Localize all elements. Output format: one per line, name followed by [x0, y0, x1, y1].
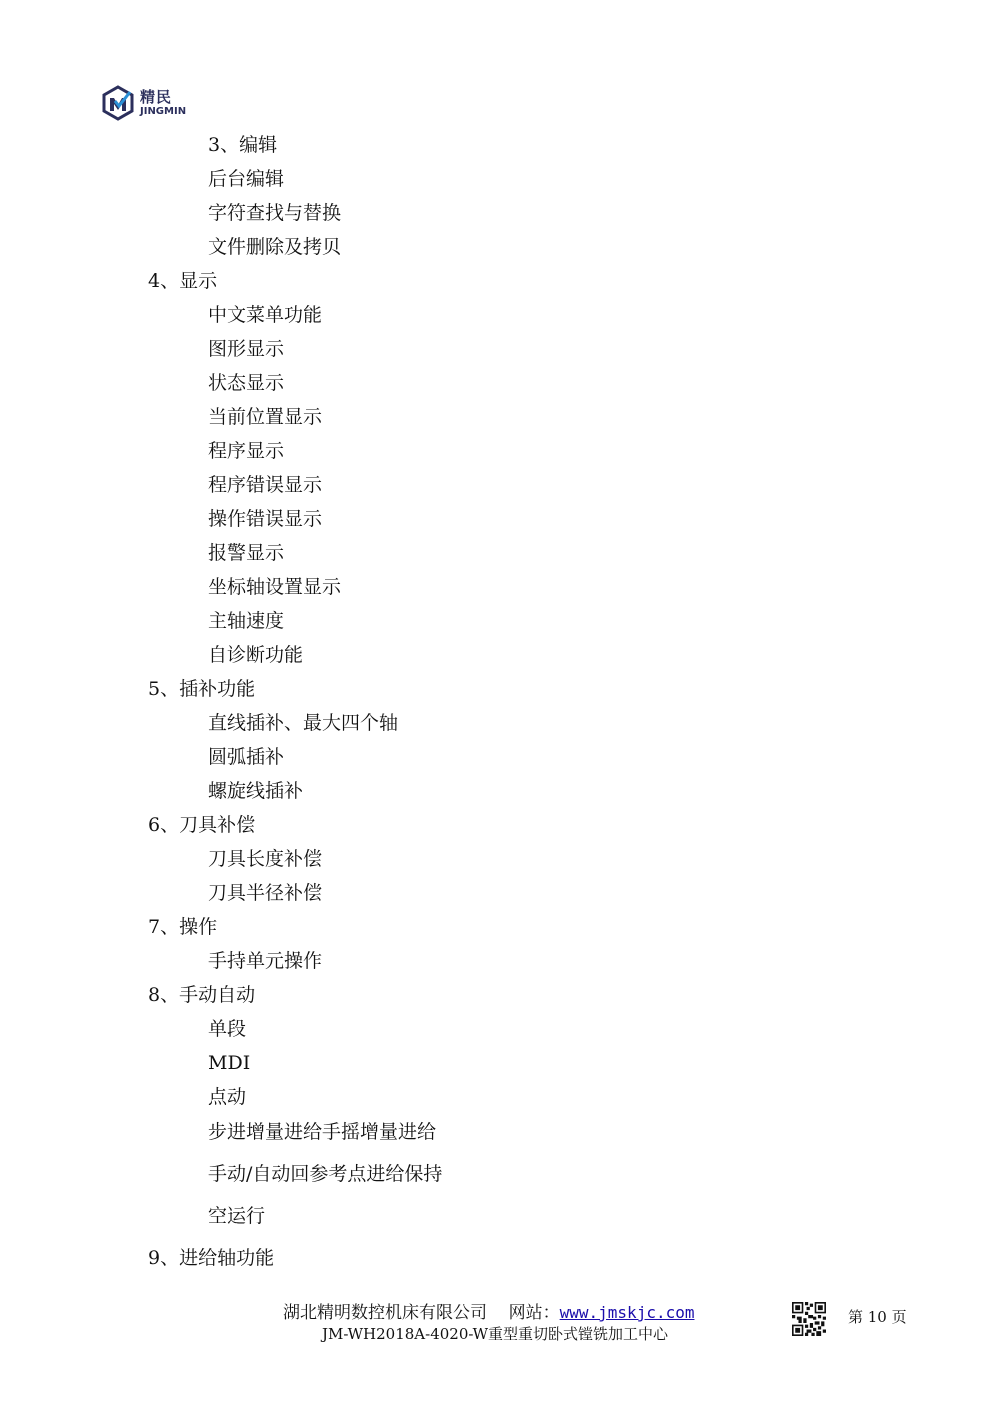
logo-english-name: JINGMIN: [140, 107, 186, 117]
list-subitem: 程序错误显示: [208, 473, 322, 497]
list-section-heading: 7、操作: [148, 915, 217, 939]
logo-chinese-name: 精民: [140, 90, 186, 105]
list-subitem: 操作错误显示: [208, 507, 322, 531]
list-subitem: 手持单元操作: [208, 949, 322, 973]
list-subitem: 后台编辑: [208, 167, 284, 191]
list-subitem: 文件删除及拷贝: [208, 235, 341, 259]
list-subitem: 步进增量进给手摇增量进给: [208, 1120, 436, 1144]
list-subitem: 点动: [208, 1085, 246, 1109]
qr-code-icon: [792, 1302, 826, 1336]
list-subitem: 圆弧插补: [208, 745, 284, 769]
company-logo: 精民 JINGMIN: [100, 83, 200, 123]
website-link[interactable]: www.jmskjc.com: [560, 1303, 695, 1322]
company-name: 湖北精明数控机床有限公司: [283, 1303, 487, 1323]
list-subitem: 程序显示: [208, 439, 284, 463]
list-section-heading: 5、插补功能: [148, 677, 255, 701]
list-subitem: 中文菜单功能: [208, 303, 322, 327]
list-subitem: 单段: [208, 1017, 246, 1041]
list-section-heading: 9、进给轴功能: [148, 1246, 274, 1270]
jingmin-logo-icon: [100, 85, 136, 121]
machine-model: JM-WH2018A-4020-W重型重切卧式镗铣加工中心: [322, 1323, 668, 1344]
list-subitem: 直线插补、最大四个轴: [208, 711, 398, 735]
list-subitem: 自诊断功能: [208, 643, 303, 667]
list-section-heading: 6、刀具补偿: [148, 813, 255, 837]
list-subitem: 报警显示: [208, 541, 284, 565]
list-subitem: 空运行: [208, 1204, 265, 1228]
list-subitem: 字符查找与替换: [208, 201, 341, 225]
list-subitem: 主轴速度: [208, 609, 284, 633]
list-subitem: 刀具半径补偿: [208, 881, 322, 905]
website-label: 网站：: [509, 1303, 560, 1323]
list-section-heading: 4、显示: [148, 269, 217, 293]
footer-company-line: 湖北精明数控机床有限公司 网站：www.jmskjc.com: [283, 1298, 694, 1323]
list-subitem: 螺旋线插补: [208, 779, 303, 803]
list-subitem: 图形显示: [208, 337, 284, 361]
page-number: 第 10 页: [848, 1306, 907, 1327]
list-subitem: 状态显示: [208, 371, 284, 395]
list-subitem: MDI: [208, 1051, 250, 1075]
list-section-heading: 3、编辑: [208, 133, 277, 157]
list-subitem: 坐标轴设置显示: [208, 575, 341, 599]
list-subitem: 当前位置显示: [208, 405, 322, 429]
list-section-heading: 8、手动自动: [148, 983, 255, 1007]
list-subitem: 手动/自动回参考点进给保持: [208, 1162, 442, 1186]
list-subitem: 刀具长度补偿: [208, 847, 322, 871]
